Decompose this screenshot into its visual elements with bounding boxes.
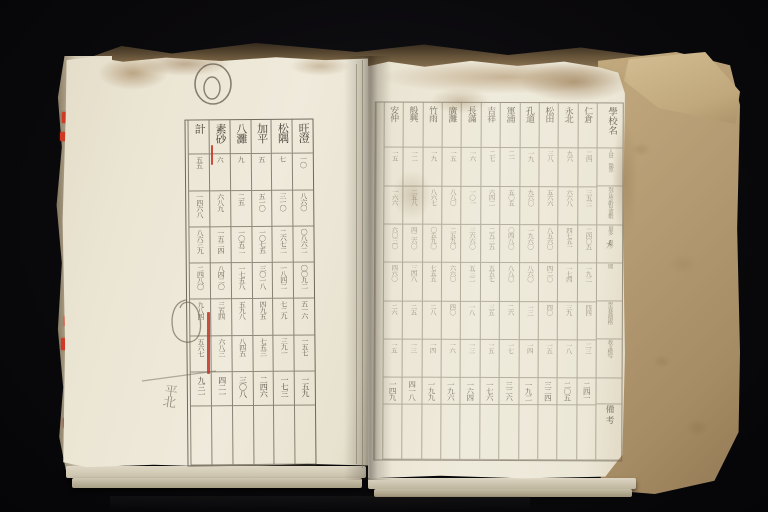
table-cell: 三九一 bbox=[274, 335, 294, 371]
table-empty-cell bbox=[422, 405, 441, 460]
table-cell: 二七 bbox=[481, 148, 500, 186]
table-total-cell-text: 一九九 bbox=[427, 381, 435, 404]
table-cell: 五五七 bbox=[481, 263, 500, 301]
table-column-竹雨: 竹雨一九八六七〇五九〇七五五二八一四一九九 bbox=[421, 103, 442, 460]
table-cell: 一〇七五 bbox=[252, 227, 272, 263]
table-cell: 一五 bbox=[539, 340, 558, 378]
table-cell: 七二九 bbox=[273, 299, 293, 335]
table-total-cell-text: 一九二 bbox=[524, 382, 532, 405]
table-cell-text: 一七 bbox=[506, 342, 513, 377]
table-column-header-text: 加平 bbox=[256, 123, 267, 153]
table-cell-text: 六〇三〇 bbox=[390, 226, 397, 261]
table-cell: 九 bbox=[231, 154, 251, 190]
table-total-cell-text: 二〇五 bbox=[563, 382, 571, 405]
table-cell-text: 一六 bbox=[447, 342, 454, 377]
table-cell-text: 二五八 bbox=[409, 188, 416, 223]
table-cell: 三一〇 bbox=[273, 190, 293, 226]
table-cell: 六八九 bbox=[210, 191, 230, 227]
table-cell-text: 八六〇 bbox=[525, 265, 532, 300]
table-cell: 二三 bbox=[577, 340, 596, 378]
table-cell: 五六六 bbox=[539, 187, 558, 225]
table-cell-text: 一二 bbox=[409, 150, 416, 185]
table-cell-text: 八四五 bbox=[239, 338, 246, 371]
table-cell: 一〇 bbox=[293, 154, 313, 190]
table-total-cell: 一九九 bbox=[422, 378, 441, 405]
table-empty-cell bbox=[461, 405, 480, 460]
table-cell-text: 一三 bbox=[467, 342, 474, 377]
table-cell: 二六 bbox=[500, 302, 519, 340]
table-cell: 五九八 bbox=[232, 299, 252, 335]
table-total-cell-text: 二四六 bbox=[259, 376, 267, 405]
table-column-header: 松田 bbox=[540, 103, 559, 148]
table-total-cell-text: 一五九 bbox=[301, 375, 309, 404]
table-cell-text: 四〇 bbox=[448, 303, 455, 338]
table-cell-text: 一九 bbox=[526, 150, 533, 185]
table-cell-text: 一九六〇 bbox=[526, 227, 533, 262]
photo-of-open-ledger: 旺澄一〇八六〇〇八六二〇〇九二五一六一五七一五九松隅七三一〇二六七二一八四二七二… bbox=[0, 0, 768, 512]
table-row-label: 現在學齡兒童數 bbox=[597, 187, 622, 225]
table-cell-text: 一四 bbox=[525, 342, 532, 377]
table-cell: 三四八 bbox=[403, 263, 422, 301]
table-column-松田: 松田三八五六六八五六〇四二〇四〇一五三二四 bbox=[537, 103, 558, 460]
table-column-仁倉: 仁倉二四三五三二四〇五一九二四四二三二四一 bbox=[576, 103, 597, 460]
table-cell-text: 四六〇 bbox=[390, 265, 397, 300]
school-name-header: 學校名 bbox=[605, 106, 615, 147]
table-cell-text: 一五 bbox=[486, 342, 493, 377]
table-cell-text: 四七五一 bbox=[564, 227, 571, 262]
table-column-header-text: 永北 bbox=[564, 106, 573, 147]
table-column-header: 八灘 bbox=[230, 120, 250, 154]
table-cell-text: 八四二〇 bbox=[217, 265, 224, 298]
table-cell: 二四〇五 bbox=[578, 225, 597, 263]
table-cell: 〇〇九二 bbox=[294, 263, 314, 299]
table-cell: 二八 bbox=[422, 301, 441, 339]
table-label-total bbox=[597, 378, 622, 405]
table-cell: 一九 bbox=[423, 148, 442, 186]
table-cell-text: 三四八 bbox=[409, 265, 416, 300]
table-column-素砂: 素砂六六八九一五二四八四二〇三五四六八三四二一 bbox=[209, 120, 233, 465]
table-cell: 八六〇 bbox=[519, 263, 538, 301]
table-cell: 〇八六二 bbox=[294, 226, 314, 262]
table-cell-text: 一八 bbox=[564, 342, 571, 377]
table-cell-text: 五九八 bbox=[238, 301, 245, 334]
table-column-header: 計 bbox=[189, 120, 209, 154]
table-cell: 四九五 bbox=[253, 299, 273, 335]
table-total-cell-text: 一四九 bbox=[389, 381, 397, 404]
table-cell: 二六 bbox=[383, 301, 402, 339]
table-cell: 六六八 bbox=[559, 187, 578, 225]
table-column-header: 松隅 bbox=[272, 120, 292, 154]
table-empty-cell bbox=[441, 405, 460, 460]
table-empty-cell bbox=[558, 405, 577, 460]
table-column-松隅: 松隅七三一〇二六七二一八四二七二九三九一一七三 bbox=[271, 120, 295, 465]
table-cell: 八六三九 bbox=[190, 227, 210, 263]
table-cell: 九六 bbox=[559, 148, 578, 186]
table-column-header: 竹雨 bbox=[423, 103, 442, 148]
table-column-header: 孔道 bbox=[520, 103, 539, 148]
table-column-計: 計五五一四六八八六三九二四八〇九八四五六七九三一 bbox=[188, 120, 212, 465]
table-cell-text: 五 bbox=[258, 156, 265, 189]
table-cell-text: 二五 bbox=[237, 193, 244, 226]
table-cell: 五 bbox=[251, 154, 271, 190]
table-total-cell: 三二四 bbox=[538, 379, 557, 406]
table-cell: 六八三 bbox=[211, 336, 231, 372]
table-cell-text: 〇五九〇 bbox=[429, 227, 436, 262]
table-cell: 七五三 bbox=[253, 335, 273, 371]
table-column-header: 長滿 bbox=[462, 103, 481, 148]
table-total-cell-text: 一七三 bbox=[280, 376, 288, 405]
table-cell-text: 七 bbox=[279, 156, 286, 189]
table-cell: 八四二〇 bbox=[211, 263, 231, 299]
table-row-label: 學資蒿價格 bbox=[597, 302, 622, 340]
table-cell: 一三 bbox=[403, 340, 422, 378]
table-cell: 六〇三〇 bbox=[384, 224, 403, 262]
table-cell-text: 七五五 bbox=[428, 265, 435, 300]
table-empty-cell bbox=[295, 406, 315, 465]
table-cell-text: 六 bbox=[216, 157, 223, 190]
table-cell: 四〇 bbox=[442, 301, 461, 339]
table-cell-text: 五一六 bbox=[301, 301, 308, 334]
table-cell-text: 六六〇 bbox=[448, 265, 455, 300]
table-cell: 六四二 bbox=[481, 187, 500, 225]
table-column-header-text: 八灘 bbox=[235, 123, 246, 153]
table-cell-text: 二七 bbox=[487, 150, 494, 185]
table-cell-text: 一六六 bbox=[390, 188, 397, 223]
under-pages-right bbox=[368, 478, 636, 489]
table-cell: 一三 bbox=[461, 340, 480, 378]
table-cell: 二五八 bbox=[403, 186, 422, 224]
table-cell-text: 二六 bbox=[506, 304, 513, 339]
table-cell: 一六六 bbox=[384, 186, 403, 224]
table-cell: 四六〇 bbox=[384, 263, 403, 301]
table-column-header: 般興 bbox=[404, 103, 423, 148]
table-cell-text: 三九 bbox=[564, 304, 571, 339]
table-cell: 一五 bbox=[480, 340, 499, 378]
table-cell: 四四 bbox=[578, 302, 597, 340]
table-total-cell: 一九六 bbox=[441, 378, 460, 405]
table-cell: 八八〇 bbox=[442, 186, 461, 224]
table-cell-text: 二一 bbox=[507, 150, 514, 185]
table-column-加平: 加平五五一〇一〇七五三〇一八四九五七五三二四六 bbox=[250, 120, 274, 465]
row-label-text: 教攴模㝍 bbox=[606, 340, 612, 377]
table-empty-cell bbox=[191, 407, 211, 466]
table-cell-text: 一〇五二 bbox=[238, 229, 245, 262]
table-cell-text: 一七五八 bbox=[238, 265, 245, 298]
table-cell: 二一 bbox=[501, 148, 520, 186]
table-empty-cell bbox=[480, 405, 499, 460]
red-mark-short bbox=[211, 145, 213, 165]
table-column-header-text: 孔道 bbox=[525, 106, 534, 147]
table-cell: 一五七 bbox=[295, 335, 315, 371]
table-cell-text: 五〇五 bbox=[506, 189, 513, 224]
table-cell-text: 二五 bbox=[409, 303, 416, 338]
table-column-header-text: 廣灘 bbox=[447, 106, 456, 147]
table-cell-text: 一四 bbox=[428, 342, 435, 377]
table-column-header: 吉祥 bbox=[481, 103, 500, 148]
table-cell: 一四六八 bbox=[189, 191, 209, 227]
table-cell: 三五四 bbox=[211, 300, 231, 336]
table-total-cell: 二〇五 bbox=[558, 379, 577, 406]
table-cell-text: 一三 bbox=[409, 342, 416, 377]
table-cell-text: 六八九 bbox=[217, 193, 224, 226]
table-cell-text: 一三 bbox=[525, 304, 532, 339]
table-empty-cell bbox=[212, 406, 232, 465]
table-cell-text: 六六八 bbox=[565, 189, 572, 224]
row-label-text: 閲 bbox=[606, 263, 612, 300]
table-cell: 一五 bbox=[442, 148, 461, 186]
table-column-吉祥: 吉祥二七六四二二五三五五五七三五一五一七六 bbox=[479, 103, 500, 460]
right-page-table: 學校名人員 㮣算現在學齡兒童數最多 最少閲學資蒿價格教攴模㝍備考仁倉二四三五三二… bbox=[373, 101, 624, 461]
table-column-header-text: 素砂 bbox=[214, 123, 225, 153]
table-row-label: 人員 㮣算 bbox=[598, 149, 623, 187]
table-empty-cell bbox=[538, 405, 557, 460]
table-column-header-text: 安仲 bbox=[389, 106, 398, 147]
table-cell: 五五 bbox=[189, 155, 209, 191]
table-cell-text: 三九一 bbox=[280, 337, 287, 370]
table-cell: 四二〇 bbox=[539, 263, 558, 301]
table-cell: 一〇五二 bbox=[231, 227, 251, 263]
table-total-cell: 一七六 bbox=[480, 378, 499, 405]
table-cell: 〇五九〇 bbox=[423, 225, 442, 263]
table-column-永北: 永北九六六六八四七五一一七四三九一八二〇五 bbox=[557, 103, 578, 460]
table-empty-cell bbox=[402, 405, 421, 460]
table-cell-text: 四二〇 bbox=[545, 266, 552, 301]
table-cell-text: 〇八六二 bbox=[300, 228, 307, 261]
table-cell-text: 八五六〇 bbox=[545, 227, 552, 262]
table-cell-text: 四四 bbox=[583, 304, 590, 339]
table-cell: 一七五八 bbox=[232, 263, 252, 299]
table-cell-text: 八六三九 bbox=[196, 229, 203, 262]
table-cell-text: 一八 bbox=[467, 304, 474, 339]
table-cell-text: 一九二 bbox=[584, 266, 591, 301]
double-circle-stamp-mark bbox=[192, 62, 234, 108]
table-cell-text: 四九五 bbox=[259, 301, 266, 334]
table-column-廣灘: 廣灘一五八八〇二五九〇六六〇四〇一六一九六 bbox=[440, 103, 461, 460]
table-cell: 八六七 bbox=[423, 186, 442, 224]
table-cell-text: 三五四 bbox=[217, 302, 224, 335]
row-label-text: 學資蒿價格 bbox=[606, 302, 612, 339]
table-column-header: 永北 bbox=[559, 103, 578, 148]
table-total-cell-text: 一七六 bbox=[486, 381, 494, 404]
table-cell: 一六 bbox=[462, 148, 481, 186]
table-cell: 三六六〇 bbox=[461, 225, 480, 263]
table-column-header-text: 軍浦 bbox=[505, 106, 514, 147]
table-cell-text: 一五 bbox=[545, 342, 552, 377]
table-column-header-text: 仁倉 bbox=[583, 106, 592, 147]
table-cell-text: 二四 bbox=[584, 151, 591, 186]
table-cell-text: 八八〇 bbox=[448, 188, 455, 223]
table-cell-text: 八六七 bbox=[429, 188, 436, 223]
remarks-label: 備考 bbox=[604, 405, 613, 460]
table-cell-text: 〇四八〇 bbox=[506, 227, 513, 262]
table-total-cell: 三二六 bbox=[500, 378, 519, 405]
table-cell-text: 一〇 bbox=[299, 156, 306, 189]
table-cell: 七 bbox=[272, 154, 292, 190]
table-cell: 一七 bbox=[500, 340, 519, 378]
table-column-header-text: 旺澄 bbox=[297, 122, 308, 152]
table-cell-text: 〇〇九二 bbox=[300, 265, 307, 298]
table-cell-text: 一九 bbox=[429, 150, 436, 185]
table-cell: 六六〇 bbox=[442, 263, 461, 301]
table-cell: 五三二 bbox=[461, 263, 480, 301]
table-column-八灘: 八灘九二五一〇五二一七五八五九八八四五三〇八 bbox=[229, 120, 253, 465]
table-total-cell: 四一八 bbox=[403, 378, 422, 405]
table-cell-text: 一七四 bbox=[564, 266, 571, 301]
table-cell-text: 一八四二 bbox=[280, 265, 287, 298]
table-cell-text: 三五三 bbox=[584, 189, 591, 224]
page-edge-line bbox=[356, 64, 357, 464]
table-cell-text: 五三二 bbox=[467, 265, 474, 300]
table-cell-text: 六八三 bbox=[218, 338, 225, 371]
table-cell-text: 五五七 bbox=[487, 265, 494, 300]
table-cell: 一八 bbox=[461, 302, 480, 340]
table-label-footer: 備考 bbox=[596, 405, 621, 461]
table-cell-text: 一五 bbox=[390, 150, 397, 185]
table-empty-cell bbox=[499, 405, 518, 460]
table-cell-text: 八八〇 bbox=[506, 265, 513, 300]
table-cell-text: 五五 bbox=[195, 157, 202, 190]
table-cell: 八六〇 bbox=[293, 190, 313, 226]
table-cell: 五一〇 bbox=[252, 190, 272, 226]
table-total-cell: 二四六 bbox=[253, 372, 273, 406]
table-column-長滿: 長滿一六一〇一三六六〇五三二一八一三一六四 bbox=[460, 103, 481, 460]
table-total-cell-text: 四一八 bbox=[408, 381, 416, 404]
table-cell: 三八 bbox=[539, 148, 558, 186]
table-column-旺澄: 旺澄一〇八六〇〇八六二〇〇九二五一六一五七一五九 bbox=[292, 119, 316, 464]
table-cell: 一二 bbox=[404, 148, 423, 186]
table-cell: 一六 bbox=[442, 340, 461, 378]
table-cell-text: 五六六 bbox=[545, 189, 552, 224]
table-cell-text: 九六〇 bbox=[526, 189, 533, 224]
row-label-text: 人員 㮣算 bbox=[607, 149, 613, 186]
table-cell: 一八 bbox=[558, 340, 577, 378]
table-cell: 一九二 bbox=[578, 264, 597, 302]
table-cell-text: 九 bbox=[237, 156, 244, 189]
table-cell-text: 三五 bbox=[486, 304, 493, 339]
table-cell-text: 七五三 bbox=[259, 338, 266, 371]
table-cell: 四〇 bbox=[539, 302, 558, 340]
table-cell-text: 一五 bbox=[448, 150, 455, 185]
table-cell-text: 八六〇 bbox=[300, 192, 307, 225]
table-total-cell-text: 一九六 bbox=[447, 381, 455, 404]
table-cell: 三〇一八 bbox=[252, 263, 272, 299]
table-cell: 二五三五 bbox=[481, 225, 500, 263]
red-mark-long bbox=[207, 312, 210, 374]
table-empty-cell bbox=[383, 404, 402, 459]
left-page-table: 旺澄一〇八六〇〇八六二〇〇九二五一六一五七一五九松隅七三一〇二六七二一八四二七二… bbox=[184, 118, 316, 466]
table-column-般興: 般興一二二五八四二六〇三四八二五一三四一八 bbox=[401, 103, 422, 460]
table-column-孔道: 孔道一九九六〇一九六〇八六〇一三一四一九二 bbox=[518, 103, 539, 460]
table-cell: 五一六 bbox=[294, 299, 314, 335]
table-cell: 三九 bbox=[558, 302, 577, 340]
table-cell-text: 三八 bbox=[545, 150, 552, 185]
table-total-cell: 一五九 bbox=[295, 371, 315, 405]
table-cell-text: 三六六〇 bbox=[467, 227, 474, 262]
table-cell: 二四 bbox=[578, 149, 597, 187]
table-empty-cell bbox=[577, 405, 596, 460]
table-cell: 一〇一 bbox=[462, 186, 481, 224]
table-cell: 一七四 bbox=[558, 264, 577, 302]
table-cell: 〇四八〇 bbox=[500, 225, 519, 263]
table-cell: 一五 bbox=[384, 148, 403, 186]
table-column-header-text: 吉祥 bbox=[486, 106, 495, 147]
table-cell-text: 二三 bbox=[583, 342, 590, 377]
table-cell: 三五 bbox=[480, 302, 499, 340]
table-empty-cell bbox=[274, 406, 294, 465]
table-cell: 一四 bbox=[422, 340, 441, 378]
table-cell: 二五九〇 bbox=[442, 225, 461, 263]
table-cell-text: 三〇一八 bbox=[259, 265, 266, 298]
table-cell-text: 一〇一 bbox=[468, 188, 475, 223]
table-column-header: 安仲 bbox=[384, 103, 403, 148]
table-label-column: 學校名人員 㮣算現在學齡兒童數最多 最少閲學資蒿價格教攴模㝍備考 bbox=[595, 103, 622, 460]
under-pages-left bbox=[66, 466, 366, 478]
table-cell: 一八四二 bbox=[273, 263, 293, 299]
table-column-header: 廣灘 bbox=[443, 103, 462, 148]
table-cell-text: 一六 bbox=[468, 150, 475, 185]
table-cell: 一九六〇 bbox=[520, 225, 539, 263]
table-cell: 九六〇 bbox=[520, 187, 539, 225]
table-column-header: 旺澄 bbox=[293, 119, 313, 153]
table-cell-text: 二六七二 bbox=[279, 229, 286, 262]
table-row-label: 教攴模㝍 bbox=[597, 340, 622, 378]
table-cell: 一四 bbox=[519, 340, 538, 378]
table-total-cell: 一九二 bbox=[519, 378, 538, 405]
table-column-header: 軍浦 bbox=[501, 103, 520, 148]
table-column-header-text: 竹雨 bbox=[428, 106, 437, 147]
table-cell: 三五三 bbox=[578, 187, 597, 225]
table-column-header-text: 計 bbox=[193, 123, 204, 153]
table-column-軍浦: 軍浦二一五〇五〇四八〇八八〇二六一七三二六 bbox=[498, 103, 519, 460]
table-total-cell-text: 二四一 bbox=[583, 382, 591, 405]
table-cell-text: 一五 bbox=[389, 342, 396, 377]
table-total-cell: 一七三 bbox=[274, 372, 294, 406]
table-cell-text: 四二六〇 bbox=[409, 227, 416, 262]
table-cell: 八五六〇 bbox=[539, 225, 558, 263]
table-empty-cell bbox=[519, 405, 538, 460]
table-label-header: 學校名 bbox=[598, 103, 623, 148]
table-column-header-text: 般興 bbox=[408, 106, 417, 147]
table-column-header: 仁倉 bbox=[578, 103, 597, 148]
table-cell-text: 二五九〇 bbox=[448, 227, 455, 262]
table-total-cell: 一六四 bbox=[461, 378, 480, 405]
table-cell: 四二六〇 bbox=[403, 225, 422, 263]
table-cell: 二六七二 bbox=[273, 226, 293, 262]
table-cell: 一五二四 bbox=[210, 227, 230, 263]
table-cell: 一三 bbox=[519, 302, 538, 340]
table-cell-text: 二六 bbox=[389, 303, 396, 338]
table-cell: 一五 bbox=[383, 340, 402, 378]
table-empty-cell bbox=[254, 406, 274, 465]
table-cell-text: 三一〇 bbox=[279, 192, 286, 225]
table-column-header: 加平 bbox=[251, 120, 271, 154]
table-cell-text: 二四〇五 bbox=[584, 227, 591, 262]
page-edge-line bbox=[362, 60, 363, 468]
table-total-cell-text: 三二四 bbox=[544, 382, 552, 405]
table-cell: 二五 bbox=[231, 191, 251, 227]
table-column-header-text: 松田 bbox=[544, 106, 553, 147]
table-cell-text: 二八 bbox=[428, 303, 435, 338]
table-row-label: 閲 bbox=[597, 263, 622, 301]
table-cell: 四七五一 bbox=[558, 225, 577, 263]
table-cell-text: 二五三五 bbox=[487, 227, 494, 262]
table-empty-cell bbox=[233, 406, 253, 465]
table-total-cell: 二四一 bbox=[577, 379, 596, 406]
table-total-cell-text: 一六四 bbox=[466, 381, 474, 404]
table-cell-text: 一〇七五 bbox=[258, 229, 265, 262]
pencil-note: 平北 bbox=[159, 383, 181, 407]
table-column-header-text: 長滿 bbox=[467, 106, 476, 147]
